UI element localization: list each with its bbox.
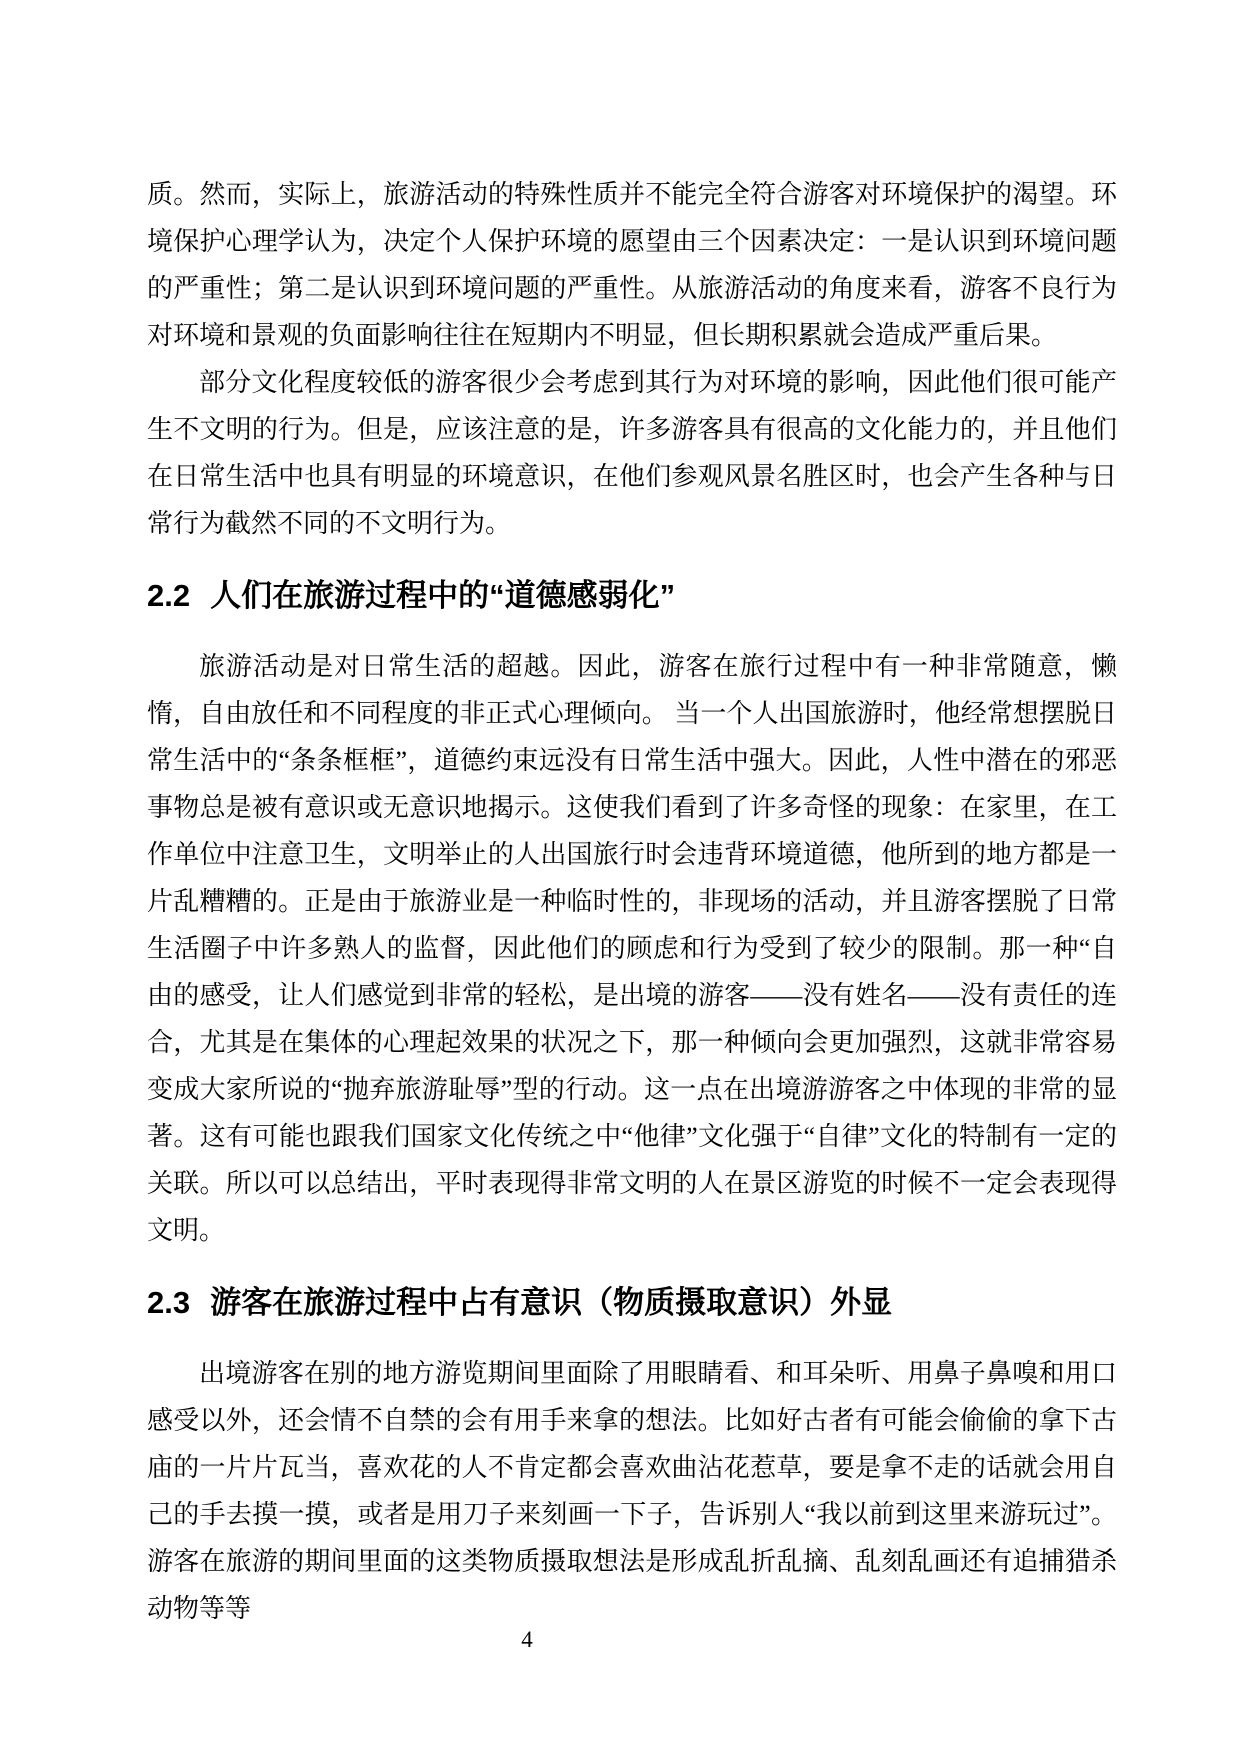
section-title: 人们在旅游过程中的“道德感弱化” — [210, 578, 675, 613]
section-title: 游客在旅游过程中占有意识（物质摄取意识）外显 — [210, 1285, 892, 1320]
paragraph-continuation: 质。然而，实际上，旅游活动的特殊性质并不能完全符合游客对环境保护的渴望。环境保护… — [147, 171, 1117, 359]
section-heading-2-3: 2.3游客在旅游过程中占有意识（物质摄取意识）外显 — [147, 1281, 1117, 1325]
section-number: 2.2 — [147, 574, 190, 618]
paragraph: 出境游客在别的地方游览期间里面除了用眼睛看、和耳朵听、用鼻子鼻嗅和用口感受以外，… — [147, 1350, 1117, 1632]
page-number: 4 — [512, 1626, 542, 1654]
page-body: 质。然而，实际上，旅游活动的特殊性质并不能完全符合游客对环境保护的渴望。环境保护… — [147, 171, 1117, 1632]
document-page: 质。然而，实际上，旅游活动的特殊性质并不能完全符合游客对环境保护的渴望。环境保护… — [0, 0, 1240, 1754]
paragraph: 部分文化程度较低的游客很少会考虑到其行为对环境的影响，因此他们很可能产生不文明的… — [147, 359, 1117, 547]
section-number: 2.3 — [147, 1281, 190, 1325]
paragraph: 旅游活动是对日常生活的超越。因此，游客在旅行过程中有一种非常随意，懒惰，自由放任… — [147, 643, 1117, 1254]
section-heading-2-2: 2.2人们在旅游过程中的“道德感弱化” — [147, 574, 1117, 618]
